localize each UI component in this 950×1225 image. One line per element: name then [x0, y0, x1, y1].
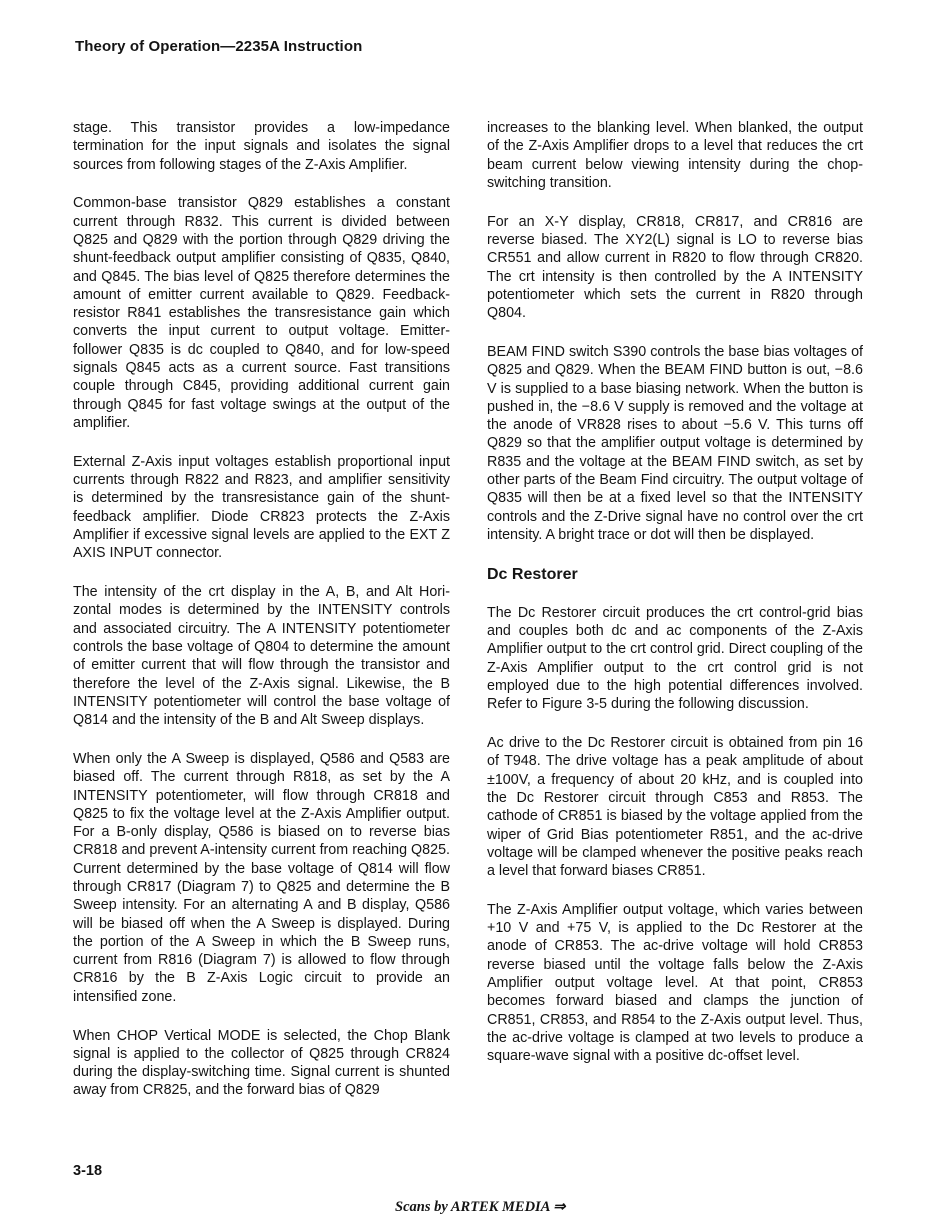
paragraph: stage. This transistor provides a low-im…	[73, 119, 450, 174]
paragraph: Ac drive to the Dc Restorer circuit is o…	[487, 734, 863, 880]
paragraph: External Z-Axis input voltages establish…	[73, 453, 450, 563]
paragraph: BEAM FIND switch S390 controls the base …	[487, 343, 863, 544]
paragraph: When only the A Sweep is displayed, Q586…	[73, 750, 450, 1006]
paragraph: increases to the blanking level. When bl…	[487, 119, 863, 192]
right-column: increases to the blanking level. When bl…	[487, 119, 863, 1086]
page-number: 3-18	[73, 1163, 102, 1179]
paragraph: The intensity of the crt display in the …	[73, 583, 450, 729]
paragraph: Common-base transistor Q829 establishes …	[73, 194, 450, 432]
scan-credit: Scans by ARTEK MEDIA ⇒	[395, 1199, 565, 1216]
section-heading: Dc Restorer	[487, 565, 863, 585]
paragraph: For an X-Y display, CR818, CR817, and CR…	[487, 213, 863, 323]
running-header: Theory of Operation—2235A Instruction	[75, 38, 362, 55]
left-column: stage. This transistor provides a low-im…	[73, 119, 450, 1120]
paragraph: The Z-Axis Amplifier output voltage, whi…	[487, 901, 863, 1066]
paragraph: The Dc Restorer circuit produces the crt…	[487, 604, 863, 714]
paragraph: When CHOP Vertical MODE is selected, the…	[73, 1027, 450, 1100]
